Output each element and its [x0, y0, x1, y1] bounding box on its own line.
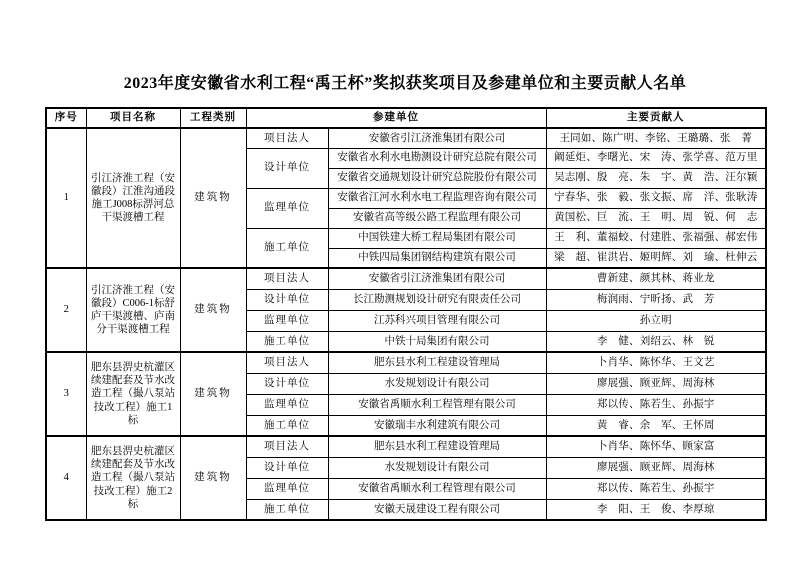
contributors: 黄 睿、余 军、王怀周 [546, 415, 766, 436]
unit-role: 设计单位 [246, 148, 328, 188]
col-header-units: 参建单位 [246, 108, 546, 128]
document-page: 2023年度安徽省水利工程“禹王杯”奖拟获奖项目及参建单位和主要贡献人名单 序号… [0, 0, 800, 565]
unit-role: 项目法人 [246, 436, 328, 457]
contributors: 黄国松、巨 流、王 明、周 锐、何 志 [546, 208, 766, 228]
contributors: 梅润雨、宁昕扬、武 芳 [546, 289, 766, 310]
project-name: 肥东县淠史杭灌区续建配套及节水改造工程（撮八泵站技改工程）施工2标 [86, 436, 180, 520]
unit-name: 安徽省禹顺水利工程管理有限公司 [328, 478, 546, 499]
project-name: 引江济淮工程（安徽段）C006-1标舒庐干渠渡槽、庐南分干渠渡槽工程 [86, 268, 180, 352]
contributors: 王 利、董福蛟、付建胜、张福强、郝宏伟 [546, 228, 766, 248]
unit-name: 肥东县水利工程建设管理局 [328, 352, 546, 373]
contributors: 廖展强、顾亚辉、周海林 [546, 373, 766, 394]
project-index: 1 [46, 128, 86, 268]
project-name: 引江济淮工程（安徽段）江淮沟通段施工J008标淠河总干渠渡槽工程 [86, 128, 180, 268]
col-header-project: 项目名称 [86, 108, 180, 128]
awards-table-body: 1引江济淮工程（安徽段）江淮沟通段施工J008标淠河总干渠渡槽工程建筑物项目法人… [46, 128, 766, 520]
unit-name: 长江勘测规划设计研究有限责任公司 [328, 289, 546, 310]
unit-role: 设计单位 [246, 373, 328, 394]
unit-name: 安徽省引江济淮集团有限公司 [328, 268, 546, 289]
table-row: 3肥东县淠史杭灌区续建配套及节水改造工程（撮八泵站技改工程）施工1标建筑物项目法… [46, 352, 766, 373]
unit-name: 安徽省引江济淮集团有限公司 [328, 128, 546, 148]
contributors: 曹新建、颜其林、蒋业龙 [546, 268, 766, 289]
unit-role: 监理单位 [246, 310, 328, 331]
unit-name: 安徽天晟建设工程有限公司 [328, 499, 546, 520]
header-row: 序号 项目名称 工程类别 参建单位 主要贡献人 [46, 108, 766, 128]
unit-role: 设计单位 [246, 289, 328, 310]
unit-name: 安徽省交通规划设计研究总院股份有限公司 [328, 168, 546, 188]
contributors: 孙立明 [546, 310, 766, 331]
unit-name: 中铁十局集团有限公司 [328, 331, 546, 352]
unit-role: 施工单位 [246, 499, 328, 520]
project-category: 建筑物 [180, 268, 246, 352]
contributors: 梁 超、崔洪岩、姬明辉、刘 瑜、杜伸云 [546, 248, 766, 268]
contributors: 廖展强、顾亚辉、周海林 [546, 457, 766, 478]
unit-name: 安徽瑞丰水利建筑有限公司 [328, 415, 546, 436]
unit-role: 监理单位 [246, 188, 328, 228]
unit-name: 安徽省水利水电勘测设计研究总院有限公司 [328, 148, 546, 168]
unit-role: 施工单位 [246, 331, 328, 352]
unit-role: 项目法人 [246, 268, 328, 289]
project-index: 3 [46, 352, 86, 436]
contributors: 郑以传、陈若生、孙振宇 [546, 394, 766, 415]
unit-role: 施工单位 [246, 415, 328, 436]
unit-name: 安徽省禹顺水利工程管理有限公司 [328, 394, 546, 415]
unit-name: 江苏科兴项目管理有限公司 [328, 310, 546, 331]
col-header-contributors: 主要贡献人 [546, 108, 766, 128]
table-row: 4肥东县淠史杭灌区续建配套及节水改造工程（撮八泵站技改工程）施工2标建筑物项目法… [46, 436, 766, 457]
unit-name: 安徽省高等级公路工程监理有限公司 [328, 208, 546, 228]
unit-role: 施工单位 [246, 228, 328, 268]
unit-role: 监理单位 [246, 478, 328, 499]
awards-table: 序号 项目名称 工程类别 参建单位 主要贡献人 1引江济淮工程（安徽段）江淮沟通… [45, 107, 767, 521]
unit-role: 监理单位 [246, 394, 328, 415]
unit-name: 中铁四局集团钢结构建筑有限公司 [328, 248, 546, 268]
contributors: 卜肖华、陈怀华、王文艺 [546, 352, 766, 373]
unit-name: 水发规划设计有限公司 [328, 457, 546, 478]
contributors: 阚延炬、李曙光、宋 涛、张学喜、范万里 [546, 148, 766, 168]
col-header-category: 工程类别 [180, 108, 246, 128]
unit-name: 水发规划设计有限公司 [328, 373, 546, 394]
contributors: 王同如、陈广明、李铭、王璐璐、张 菁 [546, 128, 766, 148]
contributors: 宁春华、张 毅、张文振、席 洋、张耿涛 [546, 188, 766, 208]
unit-role: 项目法人 [246, 128, 328, 148]
page-title: 2023年度安徽省水利工程“禹王杯”奖拟获奖项目及参建单位和主要贡献人名单 [45, 70, 765, 93]
contributors: 郑以传、陈若生、孙振宇 [546, 478, 766, 499]
contributors: 卜肖华、陈怀华、顾家富 [546, 436, 766, 457]
table-row: 2引江济淮工程（安徽段）C006-1标舒庐干渠渡槽、庐南分干渠渡槽工程建筑物项目… [46, 268, 766, 289]
unit-name: 安徽省江河水利水电工程监理咨询有限公司 [328, 188, 546, 208]
unit-role: 项目法人 [246, 352, 328, 373]
project-index: 4 [46, 436, 86, 520]
project-category: 建筑物 [180, 352, 246, 436]
table-row: 1引江济淮工程（安徽段）江淮沟通段施工J008标淠河总干渠渡槽工程建筑物项目法人… [46, 128, 766, 148]
unit-name: 中国铁建大桥工程局集团有限公司 [328, 228, 546, 248]
unit-role: 设计单位 [246, 457, 328, 478]
contributors: 李 阳、王 俊、李厚琼 [546, 499, 766, 520]
project-index: 2 [46, 268, 86, 352]
contributors: 吴志刚、殷 亮、朱 宇、黄 浩、汪尔颖 [546, 168, 766, 188]
project-category: 建筑物 [180, 128, 246, 268]
col-header-index: 序号 [46, 108, 86, 128]
contributors: 李 健、刘绍云、林 锐 [546, 331, 766, 352]
project-category: 建筑物 [180, 436, 246, 520]
unit-name: 肥东县水利工程建设管理局 [328, 436, 546, 457]
project-name: 肥东县淠史杭灌区续建配套及节水改造工程（撮八泵站技改工程）施工1标 [86, 352, 180, 436]
